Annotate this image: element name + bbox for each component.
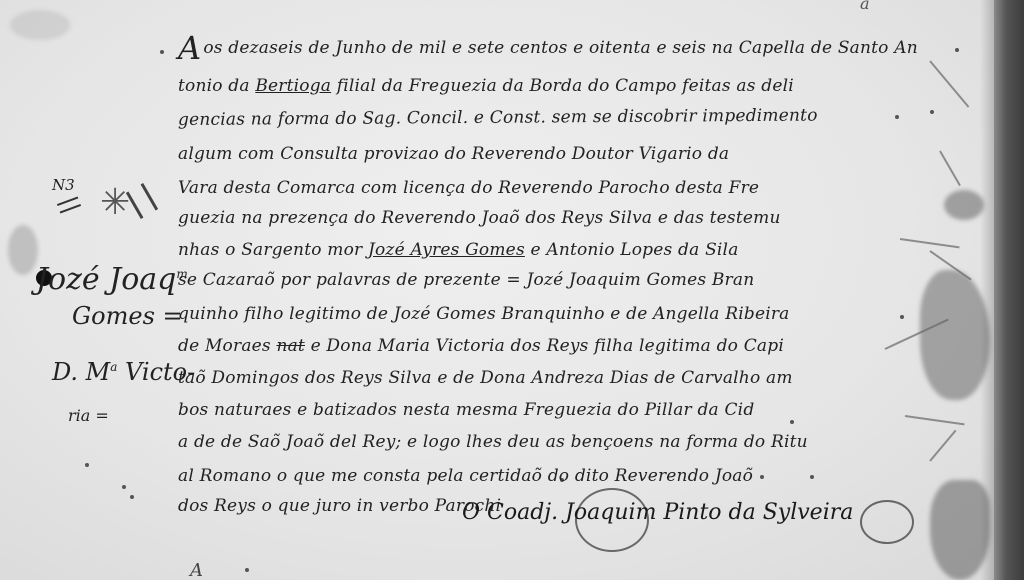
entry-number: N3 (52, 176, 75, 194)
text-line-4: algum com Consulta provizao do Reverendo… (178, 144, 729, 164)
text-line-13: a de de Saõ Joaõ del Rey; e logo lhes de… (178, 432, 808, 452)
ink-speck (160, 50, 164, 54)
binding-shadow (980, 0, 994, 580)
margin-groom-name-line2: Gomes = (72, 302, 183, 330)
text-line-11: taõ Domingos dos Reys Silva e de Dona An… (178, 368, 793, 388)
drop-cap: A (178, 29, 201, 67)
bottom-edge-partial-text: A (190, 560, 203, 580)
text-line-2: tonio da Bertioga filial da Freguezia da… (178, 76, 794, 96)
paper-crack (929, 430, 956, 462)
text-line-3: gencias na forma do Sag. Concil. e Const… (178, 106, 818, 130)
margin-bride-name-line1: D. Ma Victo- (52, 358, 195, 386)
ink-speck (930, 110, 934, 114)
double-stroke-mark (126, 183, 158, 219)
manuscript-page: a A N3 ✳ Jozé Joaqm Gomes = D. Ma Victo-… (0, 0, 1024, 580)
entry-number-underline (57, 197, 81, 214)
paper-stain (10, 10, 70, 40)
text-line-6: guezia na prezença do Reverendo Joaõ dos… (178, 208, 781, 228)
ink-speck (245, 568, 249, 572)
text-line-9: quinho filho legitimo de Jozé Gomes Bran… (178, 304, 790, 324)
priest-signature: O Coadj. Joaquim Pinto da Sylveira (462, 500, 853, 525)
text-line-15: dos Reys o que juro in verbo Parochi (178, 496, 501, 516)
paper-crack (929, 60, 969, 107)
paper-crack (900, 238, 960, 248)
ink-speck (790, 420, 794, 424)
text-line-8: se Cazaraõ por palavras de prezente = Jo… (178, 270, 754, 290)
signature-flourish (860, 500, 914, 544)
ink-speck (900, 315, 904, 319)
line-text-pre: nhas o Sargento mor (178, 240, 368, 260)
ink-stain (944, 190, 984, 220)
top-edge-partial-text: a (860, 0, 870, 13)
text-line-5: Vara desta Comarca com licença do Revere… (178, 178, 759, 198)
text-line-7: nhas o Sargento mor Jozé Ayres Gomes e A… (178, 240, 739, 260)
line-text: os dezaseis de Junho de mil e sete cento… (203, 38, 918, 58)
paper-crack (939, 151, 961, 187)
line-text-pre: de Moraes (178, 336, 276, 356)
book-binding-edge (994, 0, 1024, 580)
ink-speck (130, 495, 134, 499)
bride-name-text: D. M (52, 358, 110, 386)
struck-out-word: nat (276, 336, 305, 356)
ink-speck (810, 475, 814, 479)
underlined-place-name: Bertioga (255, 76, 331, 96)
text-line-12: bos naturaes e batizados nesta mesma Fre… (178, 400, 754, 420)
line-text-pre: tonio da (178, 76, 255, 96)
ink-speck (85, 463, 89, 467)
paper-stain (8, 225, 38, 275)
text-line-14: al Romano o que me consta pela certidaõ … (178, 466, 753, 486)
margin-bride-name-line2: ria = (68, 406, 109, 425)
underlined-witness-name: Jozé Ayres Gomes (368, 240, 525, 260)
margin-groom-name-line1: Jozé Joaqm (36, 262, 188, 297)
text-line-1: Aos dezaseis de Junho de mil e sete cent… (178, 32, 918, 64)
line-text: e Antonio Lopes da Sila (525, 240, 739, 260)
ink-speck (955, 48, 959, 52)
line-text: e Dona Maria Victoria dos Reys filha leg… (305, 336, 784, 356)
ink-speck (895, 115, 899, 119)
text-line-10: de Moraes nat e Dona Maria Victoria dos … (178, 336, 784, 356)
ink-speck (760, 475, 764, 479)
paper-crack (905, 415, 965, 425)
groom-name-text: Jozé Joaq (36, 262, 176, 297)
ink-speck (122, 485, 126, 489)
line-text: filial da Freguezia da Borda do Campo fe… (331, 76, 794, 96)
asterisk-icon: ✳ (100, 185, 130, 221)
